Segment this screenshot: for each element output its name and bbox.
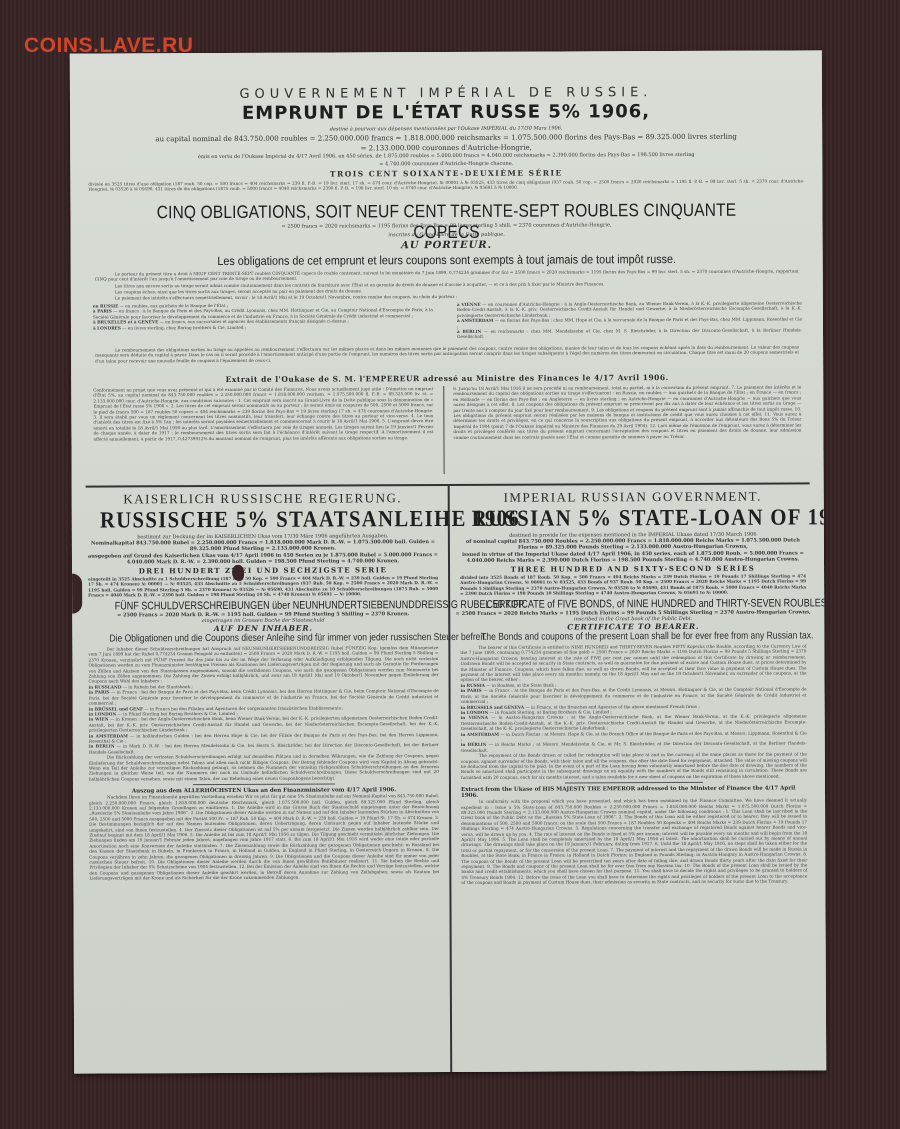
german-division: eingeteilt in 3525 Abschnitte zu 1 Schul… (82, 575, 444, 598)
german-redemption: Die Rückzahlung der verlosten Schuldvers… (83, 753, 445, 782)
paper-hole (232, 565, 244, 581)
french-paying-places-left: en RUSSIE — en roubles, aux guichets de … (93, 302, 433, 331)
german-issue: ausgegeben auf Grund des Kaiserlichen Uk… (82, 552, 444, 566)
divider (193, 784, 335, 786)
divider (565, 782, 703, 784)
german-denomination: FÜNF SCHULDVERSCHREIBUNGEN über NEUNHUND… (115, 599, 412, 612)
english-body: The bearer of this Certificate is entitl… (454, 643, 812, 682)
german-tax-exempt: Die Obligationen und die Coupons dieser … (109, 632, 417, 644)
place-item: in PARIS — in Francs : at the Banque de … (461, 687, 807, 705)
french-redemption: Le remboursement des obligations sorties… (71, 344, 823, 363)
english-extract: In conformity with the proposal which yo… (455, 798, 813, 886)
place-item: in PARIS — in Francs : bei der Banque de… (89, 688, 439, 706)
place-item: in WIEN — in Kronen : bei der Anglo-Oest… (89, 715, 439, 733)
french-division: divisée en 3525 titres d'une obligation … (70, 178, 822, 192)
german-extract: Nachdem Ihren im Finanzkomité geprüften … (83, 793, 445, 881)
place-item: à PARIS — en francs : à la Banque de Par… (93, 307, 433, 319)
english-series: THREE HUNDRED AND SIXTY-SECOND SERIES (454, 563, 812, 574)
column-divider (443, 386, 444, 474)
german-paying-places: in RUSSLAND — in Rubeln bei der Staatsba… (83, 683, 445, 755)
french-extract-right: 6. Jusqu'au 18 Avril/1 Mai 1916 il ne se… (453, 384, 801, 440)
german-series: DREI HUNDERT ZWEI UND SECHZIGSTE SERIE (82, 565, 444, 576)
english-denomination: CERTIFICATE of FIVE BONDS, of NINE HUNDR… (486, 597, 780, 610)
german-section: KAISERLICH RUSSISCHE REGIERUNG. RUSSISCH… (82, 490, 446, 881)
paper-tear (70, 574, 82, 614)
place-item: à BERLIN — en reichsmarks : chez MM. Men… (457, 327, 802, 339)
language-column-divider (448, 486, 452, 1074)
french-bearer: AU PORTEUR. (71, 238, 823, 252)
english-redemption: The repayment of the Bonds drawn or call… (455, 752, 813, 781)
german-body: Der Inhaber dieser Schuldverschreibungen… (82, 645, 444, 684)
german-loan-title: RUSSISCHE 5% STAATSANLEIHE 1906 (100, 506, 426, 533)
french-loan-title: EMPRUNT DE L'ÉTAT RUSSE 5% 1906, (70, 100, 822, 124)
french-series: TROIS CENT SOIXANTE-DEUXIÈME SÉRIE (70, 167, 822, 179)
english-government-heading: IMPERIAL RUSSIAN GOVERNMENT. (454, 488, 812, 506)
french-extract-left: Conformément au projet que vous avez pré… (93, 386, 433, 442)
english-paying-places: in RUSSIA — in Roubles, at the State Ban… (455, 681, 813, 753)
english-loan-title: RUSSIAN 5% STATE-LOAN OF 1906, (472, 504, 794, 531)
english-division: divided into 3525 Bonds of 187 Roub. 50 … (454, 573, 812, 596)
watermark: COINS.LAVE.RU (24, 34, 193, 58)
place-item: à VIENNE — en couronnes d'Autriche-Hongr… (457, 300, 802, 318)
german-government-heading: KAISERLICH RUSSISCHE REGIERUNG. (82, 490, 444, 508)
bond-certificate: GOUVERNEMENT IMPÉRIAL DE RUSSIE. EMPRUNT… (70, 50, 826, 1073)
place-item: in VIENNA — in Austro-Hungarian Crowns :… (461, 714, 807, 732)
english-section: IMPERIAL RUSSIAN GOVERNMENT. RUSSIAN 5% … (454, 488, 814, 885)
french-tax-exempt: Les obligations de cet emprunt et leurs … (108, 252, 785, 269)
french-extract-title: Extrait de l'Oukase de S. M. l'EMPEREUR … (71, 372, 823, 384)
french-paying-places-right: à VIENNE — en couronnes d'Autriche-Hongr… (457, 300, 802, 339)
place-item: à LONDRES — en livres sterling, chez Bar… (93, 324, 433, 331)
english-issue: issued in virtue of the Imperial Ukase d… (454, 550, 812, 564)
english-tax-exempt: The Bonds and coupons of the present Loa… (481, 631, 785, 643)
